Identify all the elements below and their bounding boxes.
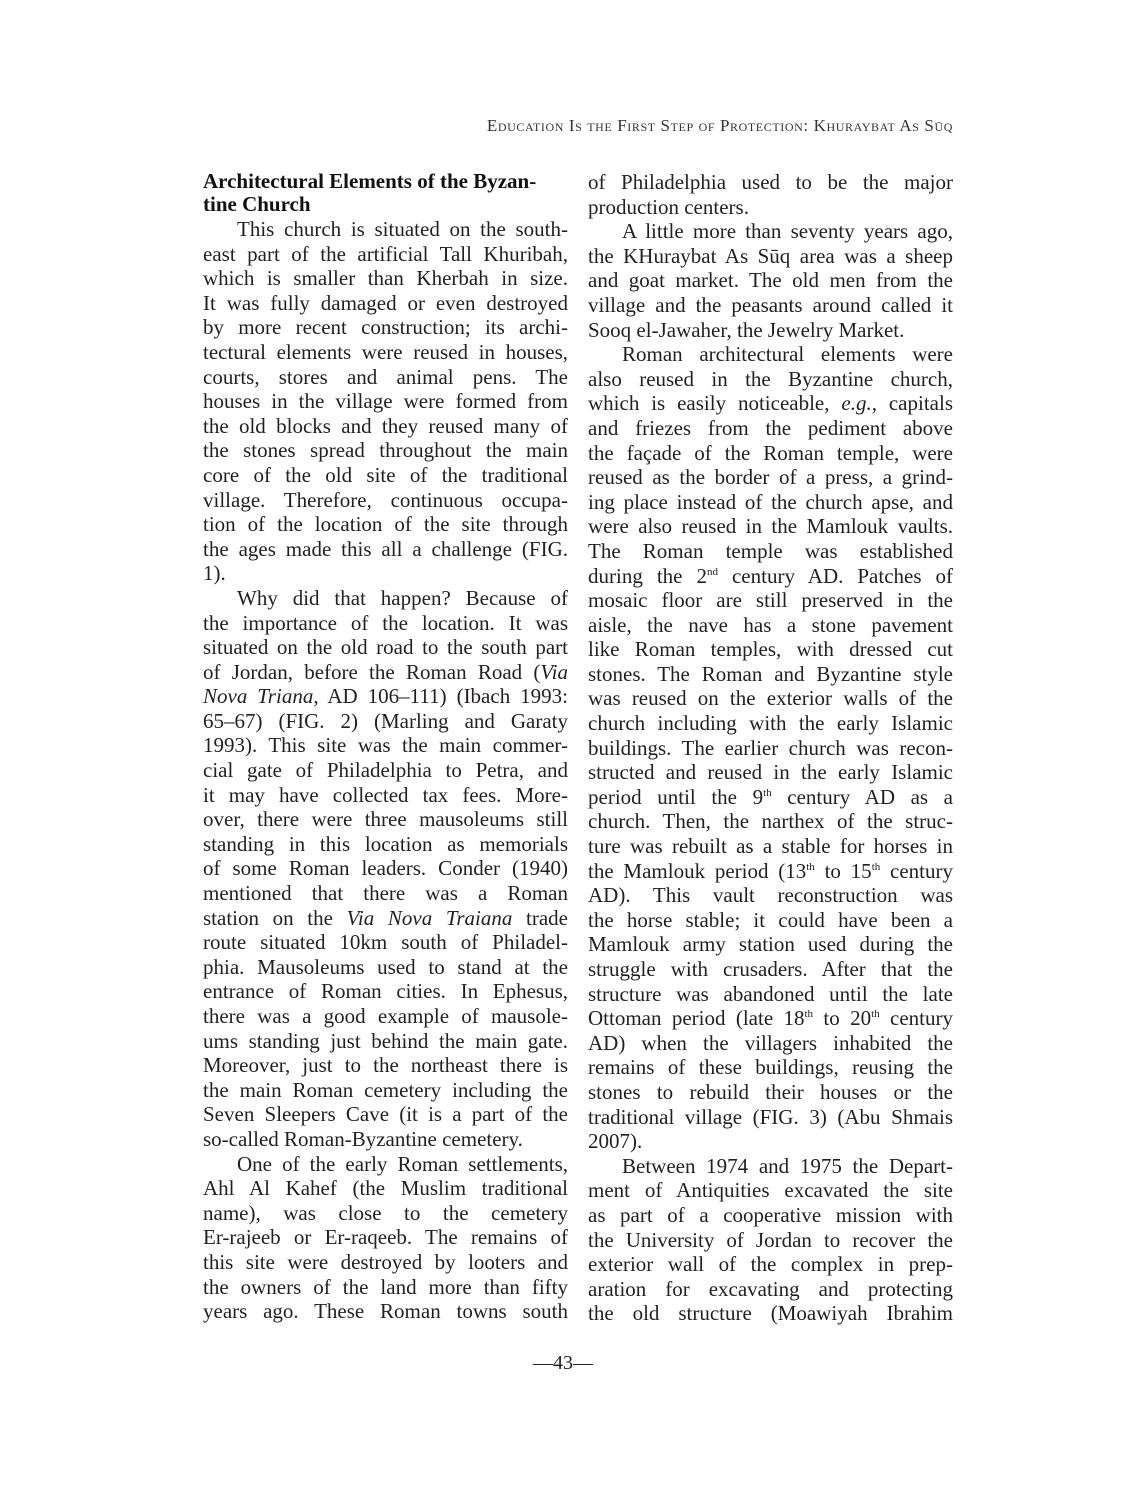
text-line: ture was rebuilt as a stable for horses … [588,834,953,859]
text-line: houses in the village were formed from [203,389,568,414]
text-line: the old blocks and they reused many of [203,414,568,439]
text-line: ums standing just behind the main gate. [203,1029,568,1054]
page-number: —43— [0,1352,1126,1375]
text-line: of Jordan, before the Roman Road (Via [203,660,568,685]
text-line: remains of these buildings, reusing the [588,1055,953,1080]
text-line: 1). [203,561,568,586]
text-line: entrance of Roman cities. In Ephesus, [203,979,568,1004]
text-line: this site were destroyed by looters and [203,1250,568,1275]
text-line: Ahl Al Kahef (the Muslim traditional [203,1176,568,1201]
text-line: church including with the early Islamic [588,711,953,736]
text-line: It was fully damaged or even destroyed [203,291,568,316]
text-line: were also reused in the Mamlouk vaults. [588,514,953,539]
text-line: 65–67) (FIG. 2) (Marling and Garaty [203,709,568,734]
text-line: Mamlouk army station used during the [588,932,953,957]
text-line: as part of a cooperative mission with [588,1203,953,1228]
text-line: Sooq el-Jawaher, the Jewelry Market. [588,318,953,343]
text-line: the KHuraybat As Sūq area was a sheep [588,244,953,269]
right-column-text: of Philadelphia used to be the majorprod… [588,170,953,1326]
right-column: of Philadelphia used to be the majorprod… [588,170,953,1326]
text-line: core of the old site of the traditional [203,463,568,488]
text-line: 1993). This site was the main commer- [203,733,568,758]
text-line: which is smaller than Kherbah in size. [203,266,568,291]
text-line: station on the Via Nova Traiana trade [203,906,568,931]
text-line: Ottoman period (late 18th to 20th centur… [588,1006,953,1031]
text-line: there was a good example of mausole- [203,1004,568,1029]
text-line: standing in this location as memorials [203,832,568,857]
text-line: by more recent construction; its archi- [203,315,568,340]
text-line: Moreover, just to the northeast there is [203,1053,568,1078]
text-line: Nova Triana, AD 106–111) (Ibach 1993: [203,684,568,709]
text-line: the importance of the location. It was [203,611,568,636]
section-heading: Architectural Elements of the Byzan- tin… [203,170,568,216]
text-line: structure was abandoned until the late [588,982,953,1007]
text-line: aration for excavating and protecting [588,1277,953,1302]
text-line: the University of Jordan to recover the [588,1228,953,1253]
text-line: cial gate of Philadelphia to Petra, and [203,758,568,783]
text-line: the old structure (Moawiyah Ibrahim [588,1301,953,1326]
text-line: village. Therefore, continuous occupa- [203,488,568,513]
section-heading-line: Architectural Elements of the Byzan- [203,170,568,193]
running-head: Education Is the First Step of Protectio… [487,116,953,136]
text-line: and friezes from the pediment above [588,416,953,441]
text-line: village and the peasants around called i… [588,293,953,318]
text-line: reused as the border of a press, a grind… [588,465,953,490]
text-line: traditional village (FIG. 3) (Abu Shmais [588,1105,953,1130]
text-line: of Philadelphia used to be the major [588,170,953,195]
text-line: mentioned that there was a Roman [203,881,568,906]
text-line: the main Roman cemetery including the [203,1078,568,1103]
text-line: of some Roman leaders. Conder (1940) [203,856,568,881]
text-line: aisle, the nave has a stone pavement [588,613,953,638]
text-line: The Roman temple was established [588,539,953,564]
text-line: over, there were three mausoleums still [203,807,568,832]
text-line: the owners of the land more than fifty [203,1275,568,1300]
text-line: Er-rajeeb or Er-raqeeb. The remains of [203,1225,568,1250]
text-line: so-called Roman-Byzantine cemetery. [203,1127,568,1152]
text-line: AD) when the villagers inhabited the [588,1031,953,1056]
text-line: AD). This vault reconstruction was [588,883,953,908]
text-line: like Roman temples, with dressed cut [588,637,953,662]
text-line: production centers. [588,195,953,220]
text-line: years ago. These Roman towns south [203,1299,568,1324]
text-line: situated on the old road to the south pa… [203,635,568,660]
text-line: One of the early Roman settlements, [203,1152,568,1177]
text-line: the ages made this all a challenge (FIG. [203,537,568,562]
text-line: also reused in the Byzantine church, [588,367,953,392]
text-line: the façade of the Roman temple, were [588,441,953,466]
left-column: Architectural Elements of the Byzan- tin… [203,170,568,1324]
text-line: it may have collected tax fees. More- [203,783,568,808]
text-line: stones. The Roman and Byzantine style [588,662,953,687]
text-line: period until the 9th century AD as a [588,785,953,810]
text-line: ing place instead of the church apse, an… [588,490,953,515]
text-line: mosaic floor are still preserved in the [588,588,953,613]
text-line: church. Then, the narthex of the struc- [588,809,953,834]
text-line: and goat market. The old men from the [588,268,953,293]
text-line: during the 2nd century AD. Patches of [588,564,953,589]
text-line: exterior wall of the complex in prep- [588,1252,953,1277]
text-line: the horse stable; it could have been a [588,908,953,933]
text-line: Between 1974 and 1975 the Depart- [588,1154,953,1179]
text-line: which is easily noticeable, e.g., capita… [588,391,953,416]
text-line: stones to rebuild their houses or the [588,1080,953,1105]
text-line: east part of the artificial Tall Khuriba… [203,242,568,267]
text-line: the Mamlouk period (13th to 15th century [588,859,953,884]
text-line: route situated 10km south of Philadel- [203,930,568,955]
text-line: was reused on the exterior walls of the [588,686,953,711]
text-line: Why did that happen? Because of [203,586,568,611]
text-line: 2007). [588,1129,953,1154]
text-line: tion of the location of the site through [203,512,568,537]
text-line: struggle with crusaders. After that the [588,957,953,982]
text-line: Seven Sleepers Cave (it is a part of the [203,1102,568,1127]
text-line: name), was close to the cemetery [203,1201,568,1226]
text-line: ment of Antiquities excavated the site [588,1178,953,1203]
left-column-text: This church is situated on the south-eas… [203,217,568,1324]
text-line: buildings. The earlier church was recon- [588,736,953,761]
text-line: tectural elements were reused in houses, [203,340,568,365]
text-line: A little more than seventy years ago, [588,219,953,244]
text-line: This church is situated on the south- [203,217,568,242]
text-line: the stones spread throughout the main [203,438,568,463]
section-heading-line: tine Church [203,193,568,216]
text-line: structed and reused in the early Islamic [588,760,953,785]
text-line: Roman architectural elements were [588,342,953,367]
text-line: courts, stores and animal pens. The [203,365,568,390]
text-line: phia. Mausoleums used to stand at the [203,955,568,980]
